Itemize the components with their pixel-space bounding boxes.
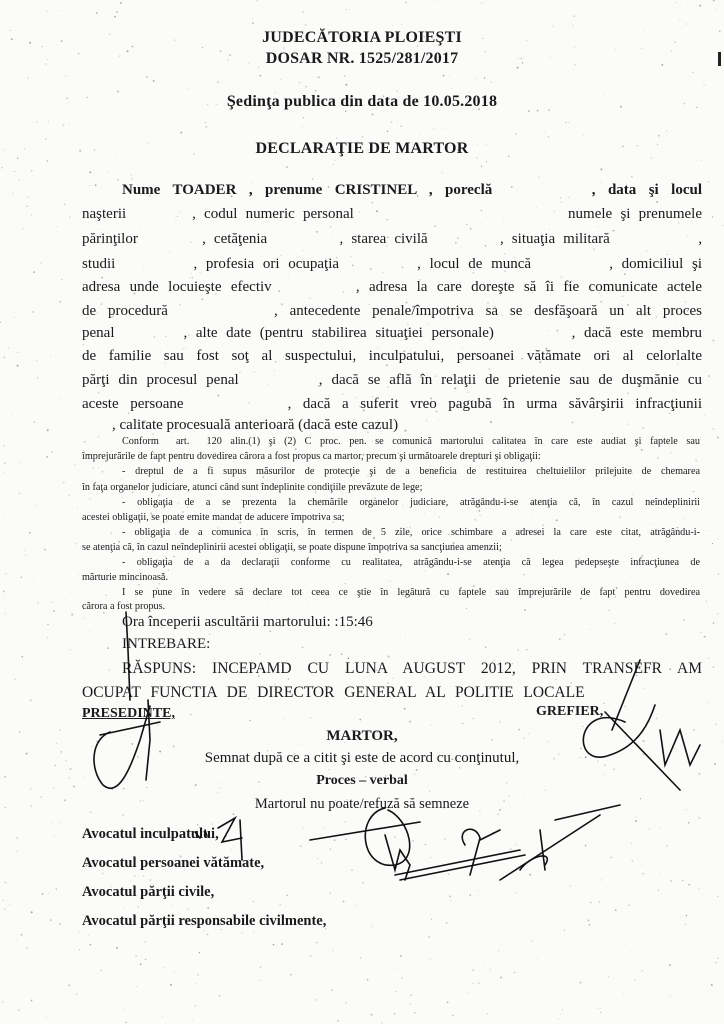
identity-line: de familie sau fost soţ al suspectului, … <box>82 348 702 365</box>
court-name: JUDECĂTORIA PLOIEŞTI <box>0 29 724 47</box>
case-number: DOSAR NR. 1525/281/2017 <box>0 50 724 68</box>
start-time: Ora începerii ascultării martorului: :15… <box>122 614 373 631</box>
answer-line-1: RĂSPUNS: INCEPAMD CU LUNA AUGUST 2012, P… <box>122 660 702 678</box>
identity-line: , calitate procesuală anterioară (dacă e… <box>82 417 702 434</box>
refusal-note: Martorul nu poate/refuză să semneze <box>0 796 724 813</box>
identity-line: de procedură , antecedente penale/împotr… <box>82 303 702 320</box>
identity-line: părinţilor , cetăţenia , starea civilă ,… <box>82 231 702 248</box>
answer-line-2: OCUPAT FUNCTIA DE DIRECTOR GENERAL AL PO… <box>82 684 702 702</box>
identity-line: studii , profesia ori ocupaţia , locul d… <box>82 256 702 273</box>
rights-line: acestei obligaţii, se poate emite mandat… <box>82 512 700 523</box>
rights-line: cărora a fost propus. <box>82 601 700 612</box>
session-date: Şedinţa publica din data de 10.05.2018 <box>0 93 724 111</box>
lawyer-defendant: Avocatul inculpatului, <box>82 826 219 843</box>
rights-line: - dreptul de a fi supus măsurilor de pro… <box>82 466 700 477</box>
lawyer-civil-party: Avocatul părţii civile, <box>82 884 214 901</box>
rights-line: - obligaţia de a da declaraţii conforme … <box>82 557 700 568</box>
question-label: INTREBARE: <box>122 636 210 653</box>
witness-label: MARTOR, <box>0 728 724 745</box>
rights-line: în faţa organelor judiciare, atunci când… <box>82 482 700 493</box>
identity-line: naşterii , codul numeric personal numele… <box>82 206 702 223</box>
rights-line: - obligaţia de a comunica în scris, în t… <box>82 527 700 538</box>
document-title: DECLARAŢIE DE MARTOR <box>0 140 724 158</box>
identity-line: adresa unde locuieşte efectiv , adresa l… <box>82 279 702 296</box>
lawyer-civil-liable: Avocatul părţii responsabile civilmente, <box>82 913 326 930</box>
rights-line: împrejurările de fapt pentru dovedirea c… <box>82 451 700 462</box>
identity-line: penal , alte date (pentru stabilirea sit… <box>82 325 702 342</box>
identity-line: Nume TOADER , prenume CRISTINEL , porecl… <box>82 182 702 199</box>
rights-line: se atenţia că, în cazul neîndeplinirii a… <box>82 542 700 553</box>
clerk-label: GREFIER, <box>536 704 603 720</box>
signed-note: Semnat după ce a citit şi este de acord … <box>0 750 724 767</box>
rights-line: mărturie mincinoasă. <box>82 572 700 583</box>
rights-line: - obligaţia de a se prezenta la chemăril… <box>82 497 700 508</box>
identity-line: părţi din procesul penal , dacă se află … <box>82 372 702 389</box>
lawyer-victim: Avocatul persoanei vătămate, <box>82 855 264 872</box>
rights-line: Conform art. 120 alin.(1) şi (2) C proc.… <box>82 436 700 447</box>
report-label: Proces – verbal <box>0 773 724 789</box>
rights-line: I se pune în vedere să declare tot ceea … <box>82 587 700 598</box>
identity-line: aceste persoane , dacă a suferit vreo pa… <box>82 396 702 413</box>
president-label: PRESEDINTE, <box>82 706 175 722</box>
